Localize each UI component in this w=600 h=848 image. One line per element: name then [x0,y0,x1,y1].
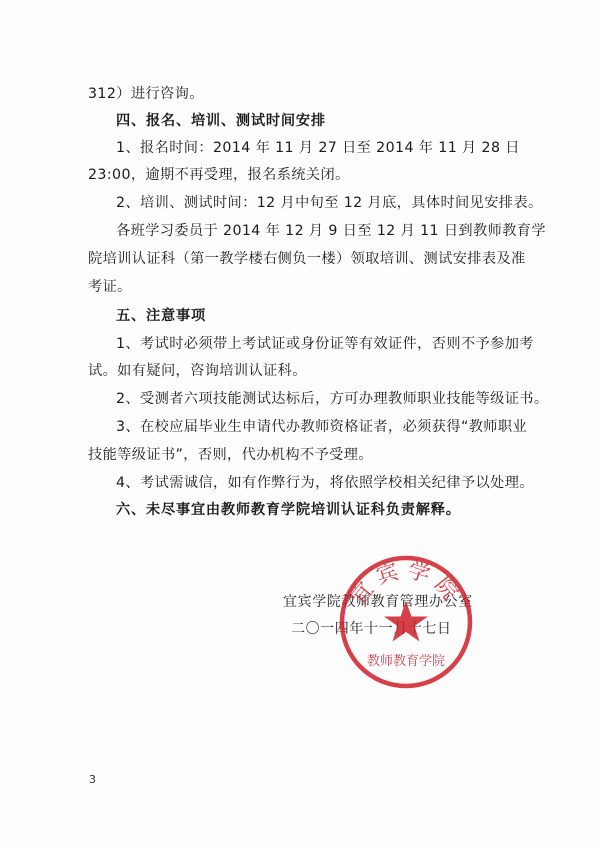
paragraph-line: 试。如有疑问，咨询培训认证科。 [88,361,510,381]
signature-office: 宜宾学院教师教育管理办公室 [283,592,473,612]
paragraph-line: 1、考试时必须带上考试证或身份证等有效证件，否则不予参加考 [116,334,510,354]
paragraph-line: 2、培训、测试时间：12 月中旬至 12 月底，具体时间见安排表。 [116,193,510,213]
signature-date: 二〇一四年十一月十七日 [291,619,452,639]
section-heading-6: 六、未尽事宜由教师教育学院培训认证科负责解释。 [116,500,538,520]
paragraph-line: 2、受测者六项技能测试达标后，方可办理教师职业技能等级证书。 [116,389,510,409]
paragraph-line: 各班学习委员于 2014 年 12 月 9 日至 12 月 11 日到教师教育学 [116,221,510,241]
paragraph-line: 23:00，逾期不再受理，报名系统关闭。 [88,165,510,185]
paragraph-line: 4、考试需诚信，如有作弊行为，将依照学校相关纪律予以处理。 [116,473,510,493]
paragraph-line: 考证。 [88,277,510,297]
section-heading-5: 五、注意事项 [116,306,538,326]
section-heading-4: 四、报名、培训、测试时间安排 [116,111,538,131]
paragraph-line: 院培训认证科（第一教学楼右侧负一楼）领取培训、测试安排表及准 [88,249,510,269]
paragraph-line: 312）进行咨询。 [88,84,510,104]
paragraph-line: 1、报名时间：2014 年 11 月 27 日至 2014 年 11 月 28 … [116,138,510,158]
paragraph-line: 技能等级证书”，否则，代办机构不予受理。 [88,445,510,465]
seal-bottom-text: 教师教育学院 [367,653,445,669]
paragraph-line: 3、在校应届毕业生申请代办教师资格证者，必须获得“教师职业 [116,417,510,437]
document-page: 312）进行咨询。 四、报名、培训、测试时间安排 1、报名时间：2014 年 1… [0,0,600,848]
page-number: 3 [89,773,96,786]
